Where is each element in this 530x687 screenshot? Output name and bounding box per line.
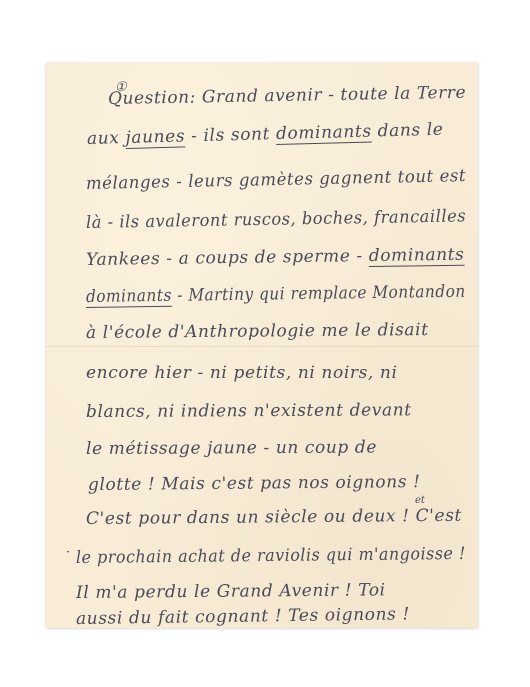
underlined-word: dominants bbox=[369, 245, 465, 266]
fold-crease bbox=[46, 346, 478, 347]
letter-line-14: Il m'a perdu le Grand Avenir ! Toi bbox=[76, 580, 386, 603]
letter-line-5: Yankees - a coups de sperme - dominants bbox=[86, 245, 465, 270]
letter-line-7: à l'école d'Anthropologie me le disait bbox=[86, 320, 429, 343]
letter-line-15: aussi du fait cognant ! Tes oignons ! bbox=[76, 604, 410, 629]
letter-line-9: blancs, ni indiens n'existent devant bbox=[86, 400, 412, 422]
underlined-word: dominants bbox=[276, 122, 372, 144]
letter-line-2: aux jaunes - ils sont dominants dans le bbox=[87, 120, 444, 149]
letter-line-4: là - ils avaleront ruscos, boches, franc… bbox=[86, 206, 466, 233]
letter-line-10: le métissage jaune - un coup de bbox=[86, 437, 377, 459]
underlined-word: dominants bbox=[86, 286, 172, 307]
letter-line-6: dominants - Martiny qui remplace Montand… bbox=[86, 282, 466, 307]
letter-line-1: Question: Grand avenir - toute la Terre bbox=[108, 83, 466, 109]
letter-line-3: mélanges - leurs gamètes gagnent tout es… bbox=[86, 166, 467, 194]
interlinear-insertion: et bbox=[415, 495, 425, 506]
margin-bullet: · bbox=[66, 545, 70, 560]
letter-line-12: C'est pour dans un siècle ou deux ! C'es… bbox=[86, 506, 462, 529]
underlined-word: jaunes bbox=[125, 126, 185, 148]
letter-line-8: encore hier - ni petits, ni noirs, ni bbox=[86, 363, 398, 383]
letter-line-13: le prochain achat de raviolis qui m'ango… bbox=[76, 544, 466, 568]
letter-line-11: glotte ! Mais c'est pas nos oignons ! bbox=[88, 472, 421, 495]
letter-page: ① Question: Grand avenir - toute la Terr… bbox=[46, 63, 478, 628]
